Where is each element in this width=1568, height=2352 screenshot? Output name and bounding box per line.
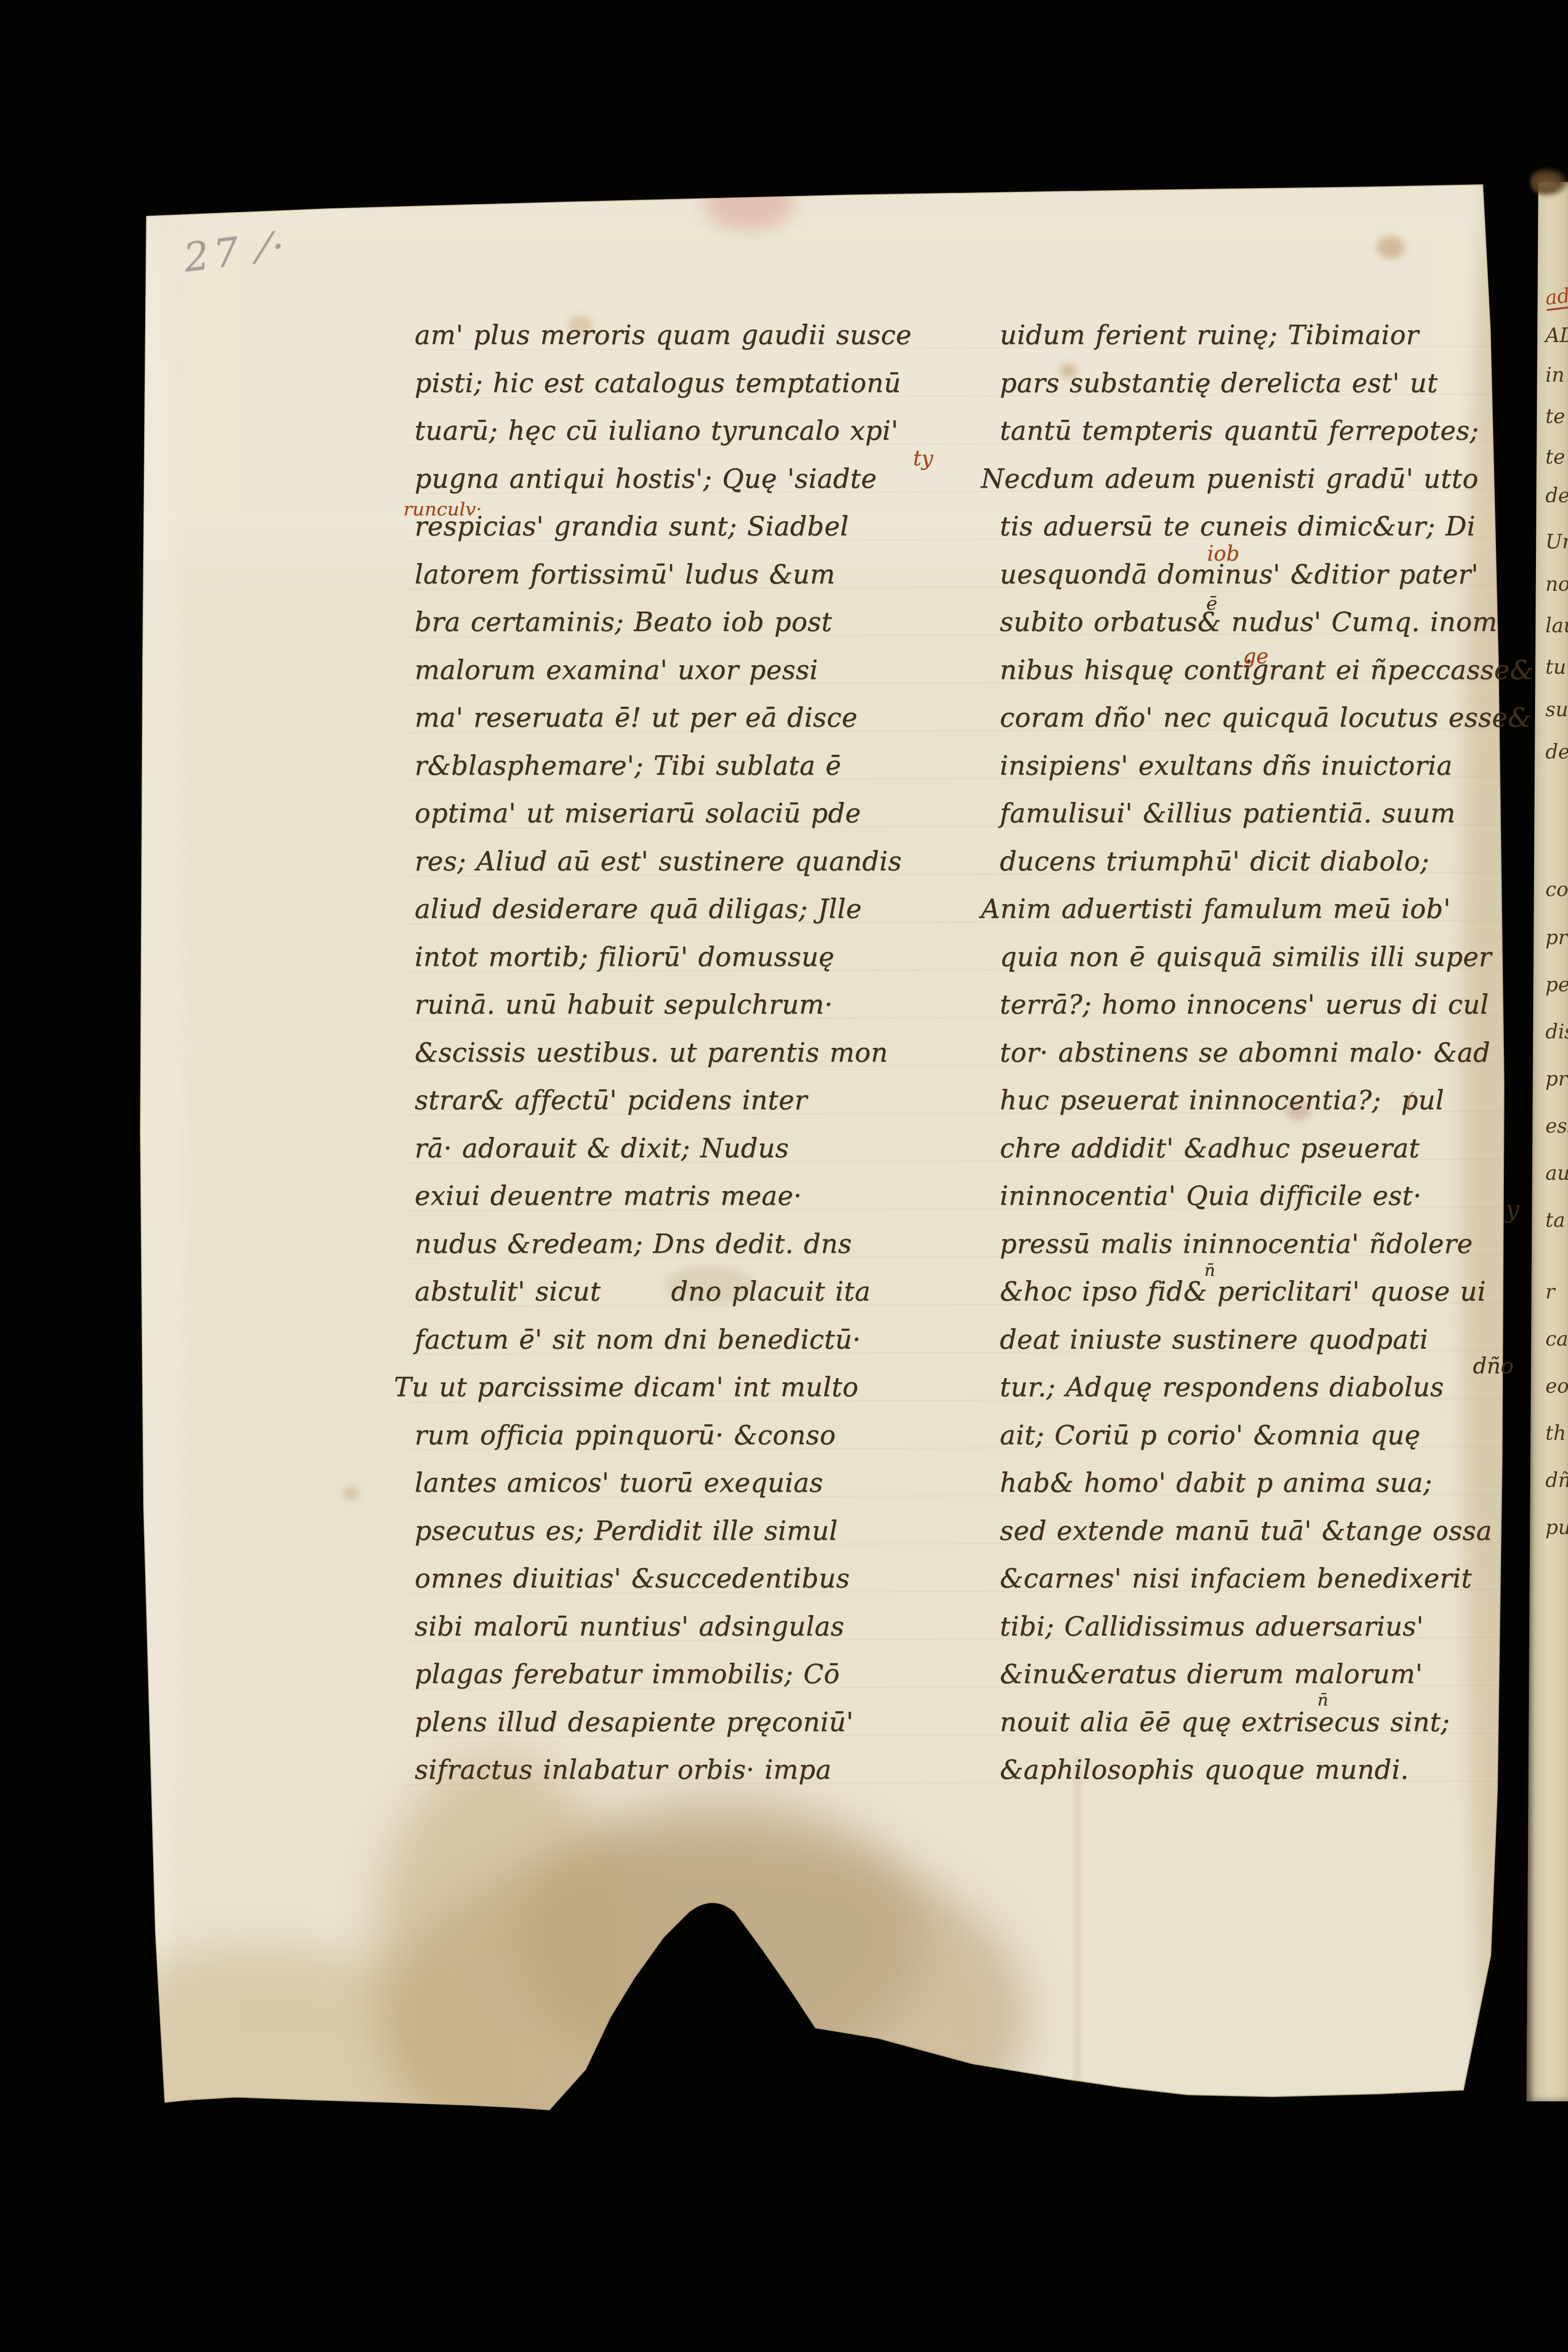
- superscript-n-fidet: n̄: [1204, 1261, 1215, 1280]
- margin-mark-y: y: [1506, 1196, 1519, 1223]
- text-line: latorem fortissimū' ludus &um: [415, 560, 835, 589]
- text-line: huc pseuerat ininnocentia?; pul: [1000, 1086, 1444, 1115]
- text-line: r&blasphemare'; Tibi sublata ē: [415, 751, 841, 781]
- text-line: &hoc ipso fid& periclitari' quose ui: [1000, 1277, 1486, 1307]
- rubric-gloss-iob: iob: [1207, 542, 1240, 566]
- text-line: malorum examina' uxor pessi: [415, 656, 818, 685]
- text-line: quia non ē quisquā similis illi super: [1000, 943, 1492, 972]
- text-line: pugna antiqui hostis'; Quę 'siadte: [415, 465, 877, 494]
- text-line: ducens triumphū' dicit diabolo;: [1000, 847, 1429, 876]
- text-line: sifractus inlabatur orbis· impa: [415, 1756, 832, 1785]
- manuscript-photo: adADintetedeUncnolautusucdecoprpedispres…: [0, 0, 1568, 2352]
- text-line: plagas ferebatur immobilis; Cō: [415, 1660, 840, 1689]
- text-line: strar& affectū' pcidens inter: [415, 1086, 808, 1115]
- superscript-dno: dño: [1473, 1353, 1514, 1379]
- text-line: deat iniuste sustinere quodpati: [1000, 1325, 1428, 1355]
- text-line: tur.; Adquę respondens diabolus: [1000, 1373, 1444, 1402]
- text-line: optima' ut miseriarū solaciū pde: [415, 799, 861, 828]
- text-line: subito orbatus& nudus' Cumq. inom: [1000, 608, 1497, 637]
- text-line: aliud desiderare quā diligas; Jlle: [415, 895, 862, 924]
- text-line: ininnocentia' Quia difficile est·: [1000, 1182, 1421, 1211]
- text-line: sed extende manū tuā' &tange ossa: [1000, 1517, 1492, 1546]
- text-line: Anim aduertisti famulum meū iob': [981, 895, 1451, 924]
- text-line: tis aduersū te cuneis dimic&ur; Di: [1000, 512, 1476, 541]
- text-line: coram dño' nec quicquā locutus esse&: [1000, 703, 1531, 733]
- text-line: factum ē' sit nom dni benedictū·: [415, 1325, 861, 1355]
- page-text-layer: 27 ⁄· am' plus meroris quam gaudii susce…: [0, 0, 1568, 2352]
- text-line: omnes diuitias' &succedentibus: [415, 1564, 850, 1593]
- text-line: insipiens' exultans dñs inuictoria: [1000, 751, 1453, 781]
- text-line: plens illud desapiente pręconiū': [415, 1708, 854, 1737]
- insert-mark-paren: (: [1406, 1088, 1414, 1112]
- text-line: rum officia ppinquorū· &conso: [415, 1421, 836, 1450]
- text-line: chre addidit' &adhuc pseuerat: [1000, 1134, 1420, 1163]
- text-line: &carnes' nisi infaciem benedixerit: [1000, 1564, 1472, 1593]
- text-line: psecutus es; Perdidit ille simul: [415, 1517, 838, 1546]
- text-line: Necdum adeum puenisti gradū' utto: [981, 465, 1478, 494]
- folio-number: 27 ⁄·: [182, 226, 292, 278]
- text-line: tor· abstinens se abomni malo· &ad: [1000, 1038, 1490, 1068]
- text-line: rā· adorauit & dixit; Nudus: [415, 1134, 789, 1163]
- text-line: tibi; Callidissimus aduersarius': [1000, 1612, 1424, 1641]
- text-line: &scissis uestibus. ut parentis mon: [415, 1038, 888, 1068]
- text-line: ruinā. unū habuit sepulchrum·: [415, 990, 833, 1020]
- rubric-gloss-ge: ge: [1243, 645, 1268, 669]
- text-line: lantes amicos' tuorū exequias: [415, 1469, 823, 1498]
- text-line: Tu ut parcissime dicam' int multo: [394, 1373, 858, 1402]
- rubric-gloss-ty: ty: [913, 447, 933, 471]
- text-line: res; Aliud aū est' sustinere quandis: [415, 847, 902, 876]
- superscript-n-extrise: n̄: [1317, 1690, 1328, 1710]
- text-line: am' plus meroris quam gaudii susce: [415, 321, 912, 350]
- text-line: tuarū; hęc cū iuliano tyruncalo xpi': [415, 416, 898, 446]
- text-line: &aphilosophis quoque mundi.: [1000, 1756, 1409, 1785]
- superscript-e-macron: ē: [1206, 593, 1217, 614]
- text-line: intot mortib; filiorū' domussuę: [415, 943, 834, 972]
- text-line: exiui deuentre matris meae·: [415, 1182, 802, 1211]
- text-line: ma' reseruata ē! ut per eā disce: [415, 703, 857, 733]
- text-line: famulisui' &illius patientiā. suum: [1000, 799, 1455, 828]
- text-line: pars substantię derelicta est' ut: [1000, 369, 1438, 398]
- text-line: bra certaminis; Beato iob post: [415, 608, 832, 637]
- text-line: &inu&eratus dierum malorum': [1000, 1660, 1423, 1689]
- text-line: terrā?; homo innocens' uerus di cul: [1000, 990, 1489, 1020]
- text-line: tantū tempteris quantū ferrepotes;: [1000, 416, 1479, 446]
- text-line: hab& homo' dabit p anima sua;: [1000, 1469, 1432, 1498]
- text-line: nudus &redeam; Dns dedit. dns: [415, 1230, 852, 1259]
- text-line: uidum ferient ruinę; Tibimaior: [1000, 321, 1419, 350]
- rubric-gloss-runculv: runculv·: [403, 498, 482, 520]
- text-line: nouit alia ēē quę extrisecus sint;: [1000, 1708, 1450, 1737]
- text-line: ait; Coriū p corio' &omnia quę: [1000, 1421, 1421, 1450]
- text-line: pressū malis ininnocentia' ñdolere: [1000, 1230, 1473, 1259]
- text-line: sibi malorū nuntius' adsingulas: [415, 1612, 844, 1641]
- text-line: pisti; hic est catalogus temptationū: [415, 369, 901, 398]
- text-line: abstulit' sicut dno placuit ita: [415, 1277, 871, 1307]
